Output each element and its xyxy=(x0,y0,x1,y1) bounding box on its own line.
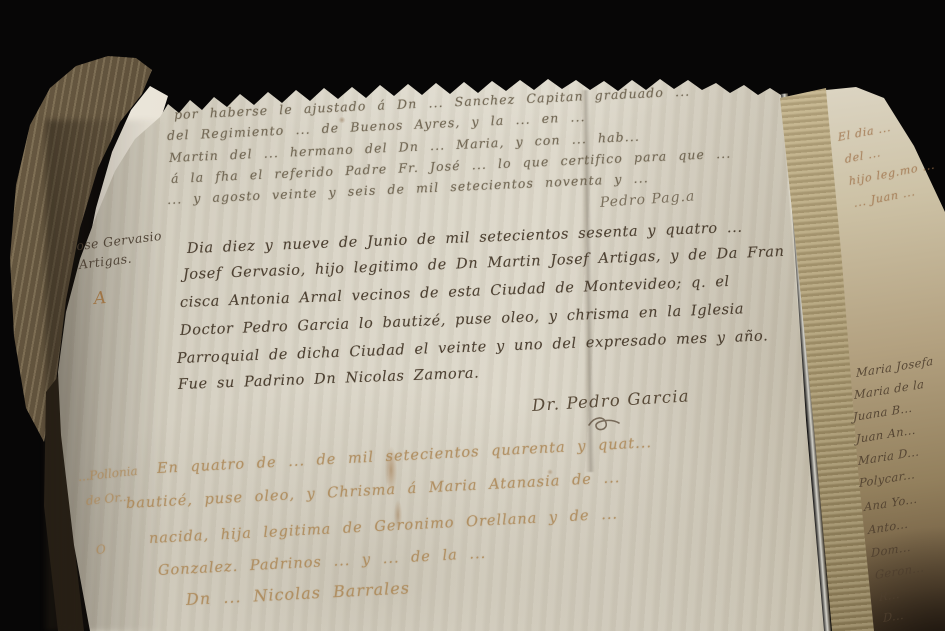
margin-initial-a: A xyxy=(93,288,107,309)
manuscript-photo: por haberse le ajustado á Dn ... Sanchez… xyxy=(0,0,945,631)
margin-note-bottom: O xyxy=(95,542,106,557)
signature-rubric xyxy=(586,414,622,434)
